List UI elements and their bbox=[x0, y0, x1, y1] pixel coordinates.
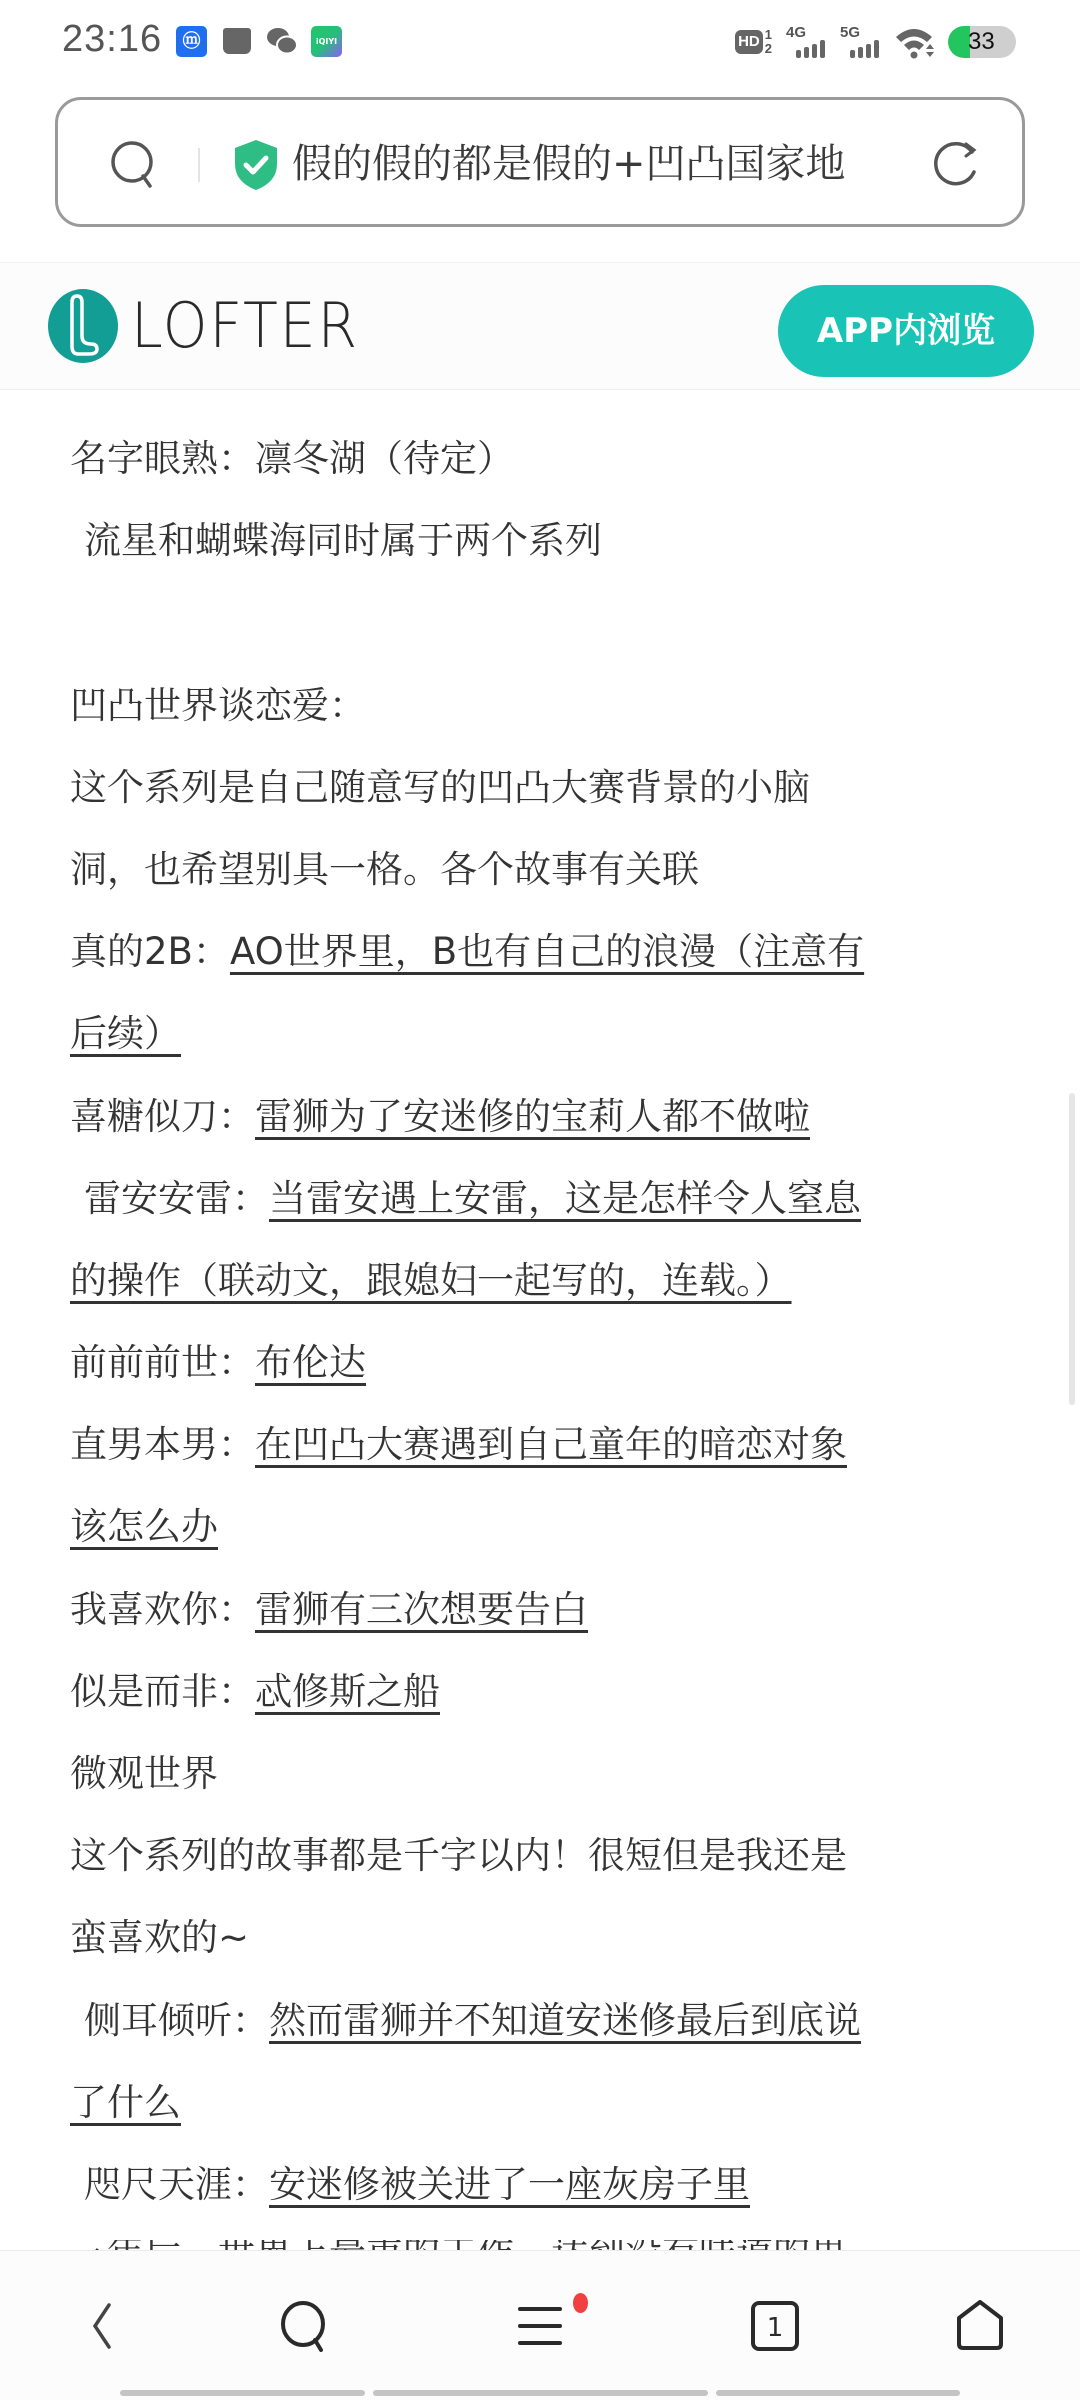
signal-4g-icon: 4G bbox=[786, 24, 826, 60]
svg-text:1: 1 bbox=[767, 2313, 784, 2343]
article-line: 后续） bbox=[70, 993, 1010, 1075]
article-line: 了什么 bbox=[70, 2062, 1010, 2144]
story-link[interactable]: 然而雷狮并不知道安迷修最后到底说 bbox=[269, 1999, 861, 2042]
open-in-app-button[interactable]: APP内浏览 bbox=[778, 285, 1034, 377]
hd-voice-indicator: HD 1 2 bbox=[735, 28, 772, 56]
reader-app-icon bbox=[223, 28, 251, 54]
menu-icon bbox=[517, 2303, 563, 2349]
lofter-logo[interactable]: LOFTER bbox=[45, 288, 379, 364]
article-line: 凹凸世界谈恋爱： bbox=[70, 665, 1010, 747]
article-line: 这个系列是自己随意写的凹凸大赛背景的小脑 bbox=[70, 747, 1010, 829]
reload-icon[interactable] bbox=[930, 138, 982, 190]
search-icon[interactable] bbox=[108, 138, 158, 190]
gesture-bar-left bbox=[120, 2390, 365, 2396]
tabs-button[interactable]: 1 bbox=[740, 2291, 810, 2361]
story-link[interactable]: 当雷安遇上安雷，这是怎样令人窒息 bbox=[269, 1177, 861, 1220]
search-button[interactable] bbox=[270, 2291, 340, 2361]
browser-bottom-nav: 1 bbox=[0, 2250, 1080, 2400]
article-line: 真的2B：AO世界里，B也有自己的浪漫（注意有 bbox=[70, 911, 1010, 993]
story-link[interactable]: 忒修斯之船 bbox=[255, 1670, 440, 1713]
article-text: 凹凸世界谈恋爱： bbox=[70, 684, 366, 727]
article-text: 流星和蝴蝶海同时属于两个系列 bbox=[84, 519, 602, 562]
article-line: 微观世界 bbox=[70, 1733, 1010, 1815]
transit-app-icon: ⓜ bbox=[176, 26, 207, 57]
story-link[interactable]: AO世界里，B也有自己的浪漫（注意有 bbox=[230, 930, 864, 973]
article-line: 的操作（联动文，跟媳妇一起写的，连载。） bbox=[70, 1240, 1010, 1322]
article-line: 似是而非：忒修斯之船 bbox=[70, 1651, 1010, 1733]
story-link[interactable]: 雷狮有三次想要告白 bbox=[255, 1588, 588, 1631]
article-line: 我喜欢你：雷狮有三次想要告白 bbox=[70, 1569, 1010, 1651]
story-link[interactable]: 雷狮为了安迷修的宝莉人都不做啦 bbox=[255, 1095, 810, 1138]
search-icon bbox=[279, 2300, 331, 2352]
status-time: 23:16 bbox=[62, 18, 162, 61]
home-button[interactable] bbox=[945, 2291, 1015, 2361]
article-line: 侧耳倾听：然而雷狮并不知道安迷修最后到底说 bbox=[70, 1980, 1010, 2062]
entry-title: 咫尺天涯： bbox=[84, 2163, 269, 2206]
article-line: 咫尺天涯：安迷修被关进了一座灰房子里 bbox=[70, 2144, 1010, 2226]
divider bbox=[198, 148, 200, 182]
entry-title: 雷安安雷： bbox=[84, 1177, 269, 1220]
article-line: 直男本男：在凹凸大赛遇到自己童年的暗恋对象 bbox=[70, 1404, 1010, 1486]
article-line: 喜糖似刀：雷狮为了安迷修的宝莉人都不做啦 bbox=[70, 1076, 1010, 1158]
wechat-icon bbox=[266, 26, 298, 56]
signal-5g-icon: 5G bbox=[840, 24, 880, 60]
article-line: 这个系列的故事都是千字以内！很短但是我还是 bbox=[70, 1815, 1010, 1897]
battery-indicator: 33 bbox=[948, 26, 1016, 58]
article-text: 凛冬湖（待定） bbox=[255, 437, 514, 480]
entry-title: 名字眼熟： bbox=[70, 437, 255, 480]
lofter-logo-icon bbox=[45, 288, 121, 364]
site-header: LOFTER APP内浏览 bbox=[0, 262, 1080, 390]
entry-title: 喜糖似刀： bbox=[70, 1095, 255, 1138]
entry-title: 真的2B： bbox=[70, 930, 230, 973]
article-line bbox=[70, 582, 1010, 664]
story-link[interactable]: 该怎么办 bbox=[70, 1505, 218, 1548]
gesture-bar-right bbox=[716, 2390, 960, 2396]
chevron-left-icon bbox=[87, 2301, 117, 2351]
menu-button[interactable] bbox=[505, 2291, 575, 2361]
article-line: 蛮喜欢的~ bbox=[70, 1897, 1010, 1979]
article-text: 微观世界 bbox=[70, 1752, 218, 1795]
article-line: 该怎么办 bbox=[70, 1486, 1010, 1568]
entry-title: 似是而非： bbox=[70, 1670, 255, 1713]
entry-title: 侧耳倾听： bbox=[84, 1999, 269, 2042]
story-link[interactable]: 安迷修被关进了一座灰房子里 bbox=[269, 2163, 750, 2206]
article-line: 名字眼熟：凛冬湖（待定） bbox=[70, 418, 1010, 500]
article-line: 流星和蝴蝶海同时属于两个系列 bbox=[70, 500, 1010, 582]
story-link[interactable]: 布伦达 bbox=[255, 1341, 366, 1384]
page-scrollbar[interactable] bbox=[1069, 1093, 1075, 1405]
gesture-bar-center bbox=[373, 2390, 708, 2396]
entry-title: 前前前世： bbox=[70, 1341, 255, 1384]
tabs-icon: 1 bbox=[750, 2301, 800, 2351]
iqiyi-icon: iQIYI bbox=[311, 26, 342, 57]
wifi-icon bbox=[894, 25, 934, 59]
article-line: 前前前世：布伦达 bbox=[70, 1322, 1010, 1404]
status-bar: 23:16 ⓜ iQIYI HD 1 2 4G 5G bbox=[0, 0, 1080, 86]
secure-shield-icon bbox=[231, 138, 281, 192]
article-text: 蛮喜欢的~ bbox=[70, 1916, 249, 1959]
article-text: 这个系列的故事都是千字以内！很短但是我还是 bbox=[70, 1834, 847, 1877]
article-line: 雷安安雷：当雷安遇上安雷，这是怎样令人窒息 bbox=[70, 1158, 1010, 1240]
article-text: 这个系列是自己随意写的凹凸大赛背景的小脑 bbox=[70, 766, 810, 809]
menu-notification-badge bbox=[573, 2293, 588, 2313]
entry-title: 直男本男： bbox=[70, 1423, 255, 1466]
system-indicators: HD 1 2 4G 5G 33 bbox=[735, 22, 1016, 62]
page-title[interactable]: 假的假的都是假的+凹凸国家地 bbox=[292, 136, 912, 192]
logo-text: LOFTER bbox=[131, 291, 359, 361]
story-link[interactable]: 了什么 bbox=[70, 2081, 181, 2124]
story-link[interactable]: 后续） bbox=[70, 1012, 181, 1055]
article-body: 名字眼熟：凛冬湖（待定）流星和蝴蝶海同时属于两个系列凹凸世界谈恋爱：这个系列是自… bbox=[70, 418, 1010, 2226]
article-line: 洞，也希望别具一格。各个故事有关联 bbox=[70, 829, 1010, 911]
story-link[interactable]: 在凹凸大赛遇到自己童年的暗恋对象 bbox=[255, 1423, 847, 1466]
story-link[interactable]: 的操作（联动文，跟媳妇一起写的，连载。） bbox=[70, 1259, 792, 1302]
address-bar[interactable]: 假的假的都是假的+凹凸国家地 bbox=[55, 97, 1025, 227]
back-button[interactable] bbox=[67, 2291, 137, 2361]
home-icon bbox=[955, 2300, 1005, 2352]
entry-title: 我喜欢你： bbox=[70, 1588, 255, 1631]
hd-icon: HD bbox=[735, 30, 763, 54]
article-text: 洞，也希望别具一格。各个故事有关联 bbox=[70, 848, 699, 891]
